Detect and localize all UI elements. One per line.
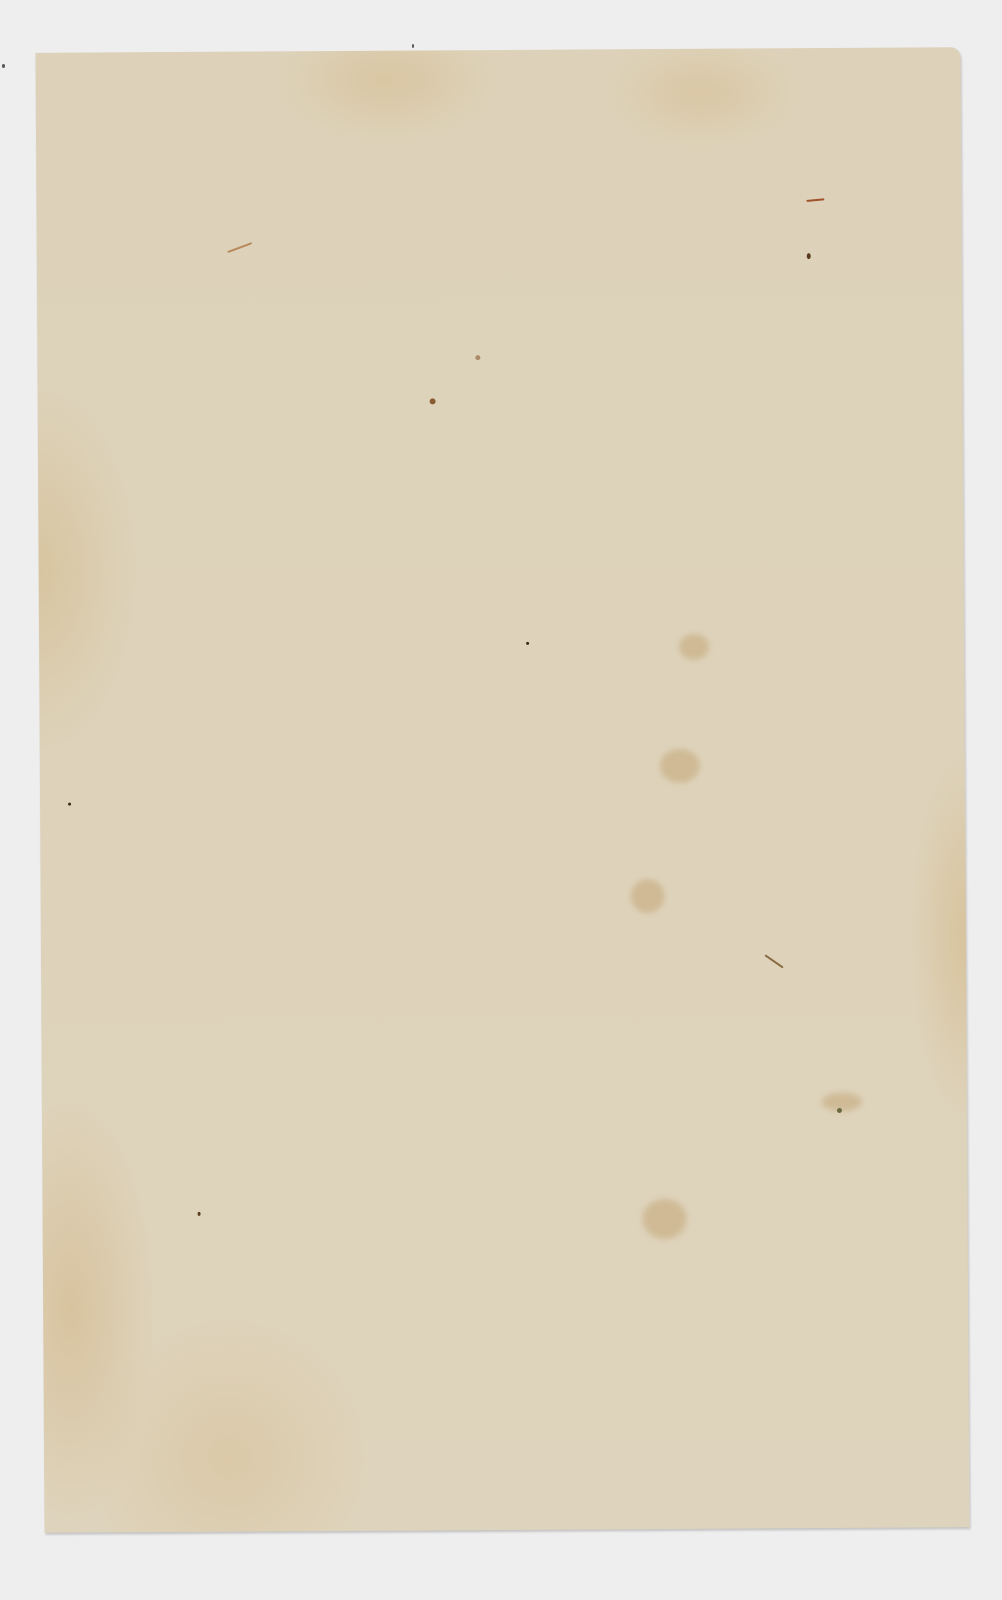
stain (631, 879, 665, 913)
speck (198, 1212, 201, 1216)
stain (643, 1199, 687, 1239)
stain (679, 634, 709, 660)
speck (526, 642, 529, 645)
dust-speck (2, 64, 5, 68)
paper-toning (35, 47, 969, 1533)
dust-speck (412, 44, 414, 48)
speck (430, 398, 436, 404)
stain (660, 749, 700, 783)
aged-paper-card (35, 47, 969, 1533)
speck (475, 355, 480, 360)
speck (68, 803, 71, 806)
speck (837, 1108, 842, 1113)
speck (807, 253, 811, 259)
